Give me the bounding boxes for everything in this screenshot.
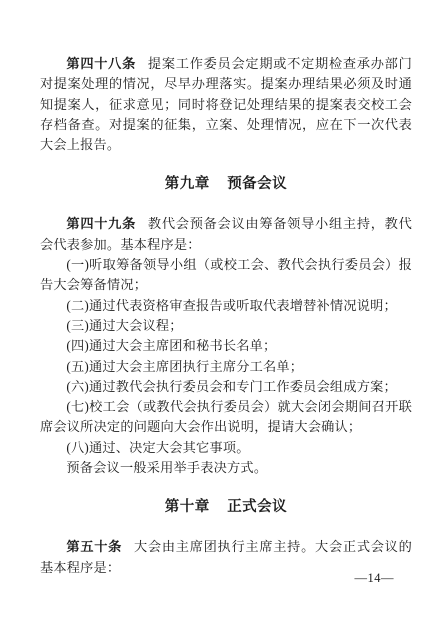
document-page: 第四十八条提案工作委员会定期或不定期检查承办部门对提案处理的情况，尽早办理落实。… — [0, 0, 446, 634]
chapter-10-label: 第十章 — [165, 499, 210, 515]
article-49-closing: 预备会议一般采用举手表决方式。 — [40, 458, 412, 478]
article-49-number: 第四十九条 — [66, 216, 136, 231]
article-48-number: 第四十八条 — [66, 56, 136, 71]
list-item-5: (五)通过大会主席团执行主席分工名单； — [40, 357, 412, 377]
article-48-paragraph: 第四十八条提案工作委员会定期或不定期检查承办部门对提案处理的情况，尽早办理落实。… — [40, 54, 412, 155]
chapter-9-label: 第九章 — [165, 176, 210, 192]
chapter-9-heading: 第九章预备会议 — [40, 174, 412, 195]
list-item-7: (七)校工会（或教代会执行委员会）就大会闭会期间召开联席会议所决定的问题向大会作… — [40, 397, 412, 438]
list-item-4: (四)通过大会主席团和秘书长名单； — [40, 336, 412, 356]
article-49-paragraph: 第四十九条教代会预备会议由筹备领导小组主持，教代会代表参加。基本程序是： — [40, 214, 412, 255]
page-number: —14— — [355, 571, 395, 586]
list-item-3: (三)通过大会议程； — [40, 316, 412, 336]
list-item-6: (六)通过教代会执行委员会和专门工作委员会组成方案； — [40, 377, 412, 397]
chapter-10-title: 正式会议 — [227, 499, 287, 515]
list-item-2: (二)通过代表资格审查报告或听取代表增替补情况说明； — [40, 296, 412, 316]
article-50-number: 第五十条 — [66, 539, 122, 554]
list-item-8: (八)通过、决定大会其它事项。 — [40, 438, 412, 458]
chapter-10-heading: 第十章正式会议 — [40, 497, 412, 518]
chapter-9-title: 预备会议 — [227, 176, 287, 192]
list-item-1: (一)听取筹备领导小组（或校工会、教代会执行委员会）报告大会筹备情况； — [40, 255, 412, 296]
